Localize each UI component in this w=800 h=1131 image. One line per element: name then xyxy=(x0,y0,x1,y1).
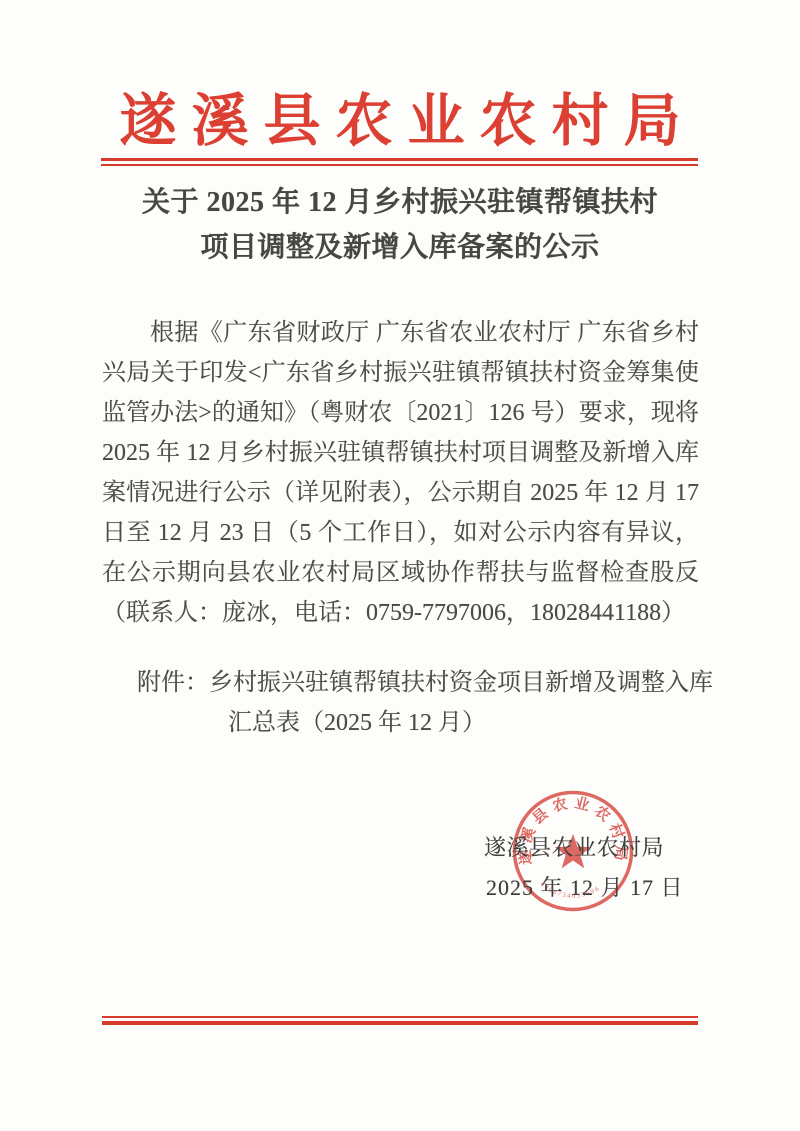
signature-agency: 遂溪县农业农村局 xyxy=(484,831,664,862)
letterhead-rule-thin-line xyxy=(101,164,698,166)
body-line: 兴局关于印发<广东省乡村振兴驻镇帮镇扶村资金筹集使用 xyxy=(102,353,699,393)
body-line: 2025 年 12 月乡村振兴驻镇帮镇扶村项目调整及新增入库备 xyxy=(102,433,699,473)
attachment-note: 附件：乡村振兴驻镇帮镇扶村资金项目新增及调整入库 汇总表（2025 年 12 月… xyxy=(102,663,722,743)
document-title-line1: 关于 2025 年 12 月乡村振兴驻镇帮镇扶村 xyxy=(0,180,800,225)
document-title-line2: 项目调整及新增入库备案的公示 xyxy=(0,225,800,270)
letterhead-rule xyxy=(101,158,698,166)
signature-date: 2025 年 12 月 17 日 xyxy=(486,871,684,902)
scanned-official-document: 遂溪县农业农村局 关于 2025 年 12 月乡村振兴驻镇帮镇扶村 项目调整及新… xyxy=(0,0,800,1131)
attachment-line1: 附件：乡村振兴驻镇帮镇扶村资金项目新增及调整入库 xyxy=(137,663,722,703)
body-contact-line: （联系人：庞冰，电话：0759-7797006，18028441188） xyxy=(102,593,699,633)
body-paragraph: 根据《广东省财政厅 广东省农业农村厅 广东省乡村振 兴局关于印发<广东省乡村振兴… xyxy=(102,313,699,633)
footer-rule xyxy=(102,1016,698,1025)
body-line: 监管办法>的通知》（粤财农〔2021〕126 号）要求，现将 xyxy=(102,393,699,433)
document-title: 关于 2025 年 12 月乡村振兴驻镇帮镇扶村 项目调整及新增入库备案的公示 xyxy=(0,180,800,270)
body-line: 案情况进行公示（详见附表），公示期自 2025 年 12 月 17 xyxy=(102,473,699,513)
body-line: 日至 12 月 23 日（5 个工作日），如对公示内容有异议，请 xyxy=(102,513,699,553)
body-line: 根据《广东省财政厅 广东省农业农村厅 广东省乡村振 xyxy=(102,313,699,353)
letterhead-agency-title: 遂溪县农业农村局 xyxy=(0,84,800,160)
attachment-line2: 汇总表（2025 年 12 月） xyxy=(228,703,722,743)
body-line: 在公示期向县农业农村局区域协作帮扶与监督检查股反映。 xyxy=(102,553,699,593)
footer-rule-thick-line xyxy=(102,1021,698,1025)
